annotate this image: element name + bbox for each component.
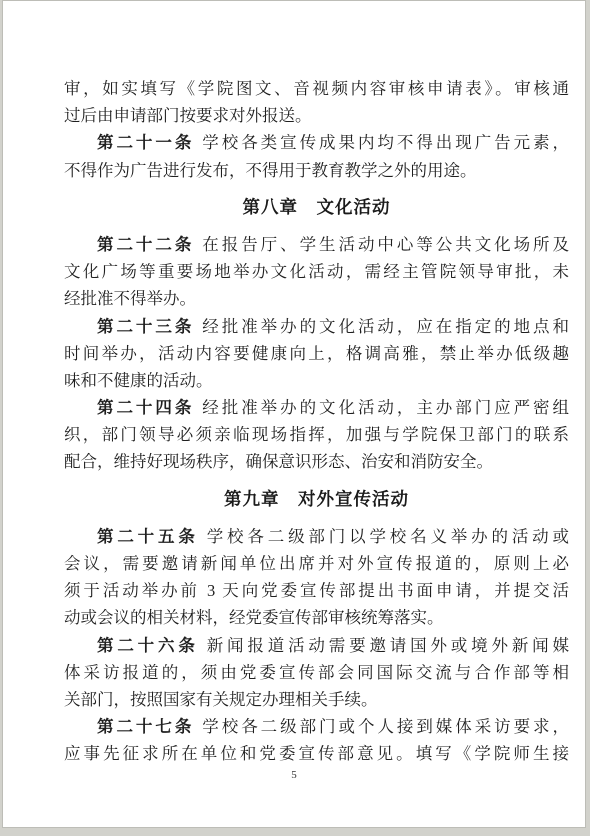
article-text: 在报告厅、学生活动中心等公共文化场所及	[202, 235, 569, 254]
chapter-heading: 第八章 文化活动	[64, 194, 569, 221]
text-line: 应事先征求所在单位和党委宣传部意见。填写《学院师生接	[64, 740, 569, 767]
text-line: 审，如实填写《学院图文、音视频内容审核申请表》。审核通	[64, 75, 569, 102]
text-line: 须于活动举办前 3 天向党委宣传部提出书面申请，并提交活	[64, 577, 569, 604]
article-number: 第二十一条	[97, 133, 194, 152]
text-line: 文化广场等重要场地举办文化活动，需经主管院领导审批，未	[64, 258, 569, 285]
article-text: 新闻报道活动需要邀请国外或境外新闻媒	[207, 636, 569, 655]
text-line: 织，部门领导必须亲临现场指挥，加强与学院保卫部门的联系	[64, 421, 569, 448]
article-text: 学校各二级部门以学校名义举办的活动或	[207, 527, 569, 546]
article-number: 第二十五条	[97, 527, 199, 546]
text-line: 第二十五条学校各二级部门以学校名义举办的活动或	[64, 523, 569, 550]
text-line: 动或会议的相关材料，经党委宣传部审核统筹落实。	[64, 604, 569, 631]
article-number: 第二十六条	[97, 636, 199, 655]
article-number: 第二十四条	[97, 398, 194, 417]
text-line: 体采访报道的，须由党委宣传部会同国际交流与合作部等相	[64, 659, 569, 686]
text-line: 会议，需要邀请新闻单位出席并对外宣传报道的，原则上必	[64, 550, 569, 577]
text-line: 时间举办，活动内容要健康向上，格调高雅，禁止举办低级趣	[64, 340, 569, 367]
article-text: 学校各类宣传成果内均不得出现广告元素，	[202, 133, 569, 152]
text-line: 第二十四条经批准举办的文化活动，主办部门应严密组	[64, 394, 569, 421]
article-number: 第二十七条	[97, 717, 194, 736]
article-text: 经批准举办的文化活动，主办部门应严密组	[202, 398, 569, 417]
text-line: 第二十六条新闻报道活动需要邀请国外或境外新闻媒	[64, 632, 569, 659]
text-line: 第二十三条经批准举办的文化活动，应在指定的地点和	[64, 313, 569, 340]
text-line: 味和不健康的活动。	[64, 367, 569, 394]
page-number: 5	[3, 769, 585, 781]
text-line: 不得作为广告进行发布，不得用于教育教学之外的用途。	[64, 157, 569, 184]
article-number: 第二十三条	[97, 317, 194, 336]
article-text: 经批准举办的文化活动，应在指定的地点和	[202, 317, 569, 336]
chapter-heading: 第九章 对外宣传活动	[64, 486, 569, 513]
text-line: 第二十一条学校各类宣传成果内均不得出现广告元素，	[64, 129, 569, 156]
text-line: 第二十二条在报告厅、学生活动中心等公共文化场所及	[64, 231, 569, 258]
article-text: 学校各二级部门或个人接到媒体采访要求，	[202, 717, 569, 736]
text-line: 经批准不得举办。	[64, 285, 569, 312]
document-content: 审，如实填写《学院图文、音视频内容审核申请表》。审核通过后由申请部门按要求对外报…	[64, 75, 569, 768]
article-number: 第二十二条	[97, 235, 194, 254]
text-line: 配合，维持好现场秩序，确保意识形态、治安和消防安全。	[64, 448, 569, 475]
text-line: 关部门，按照国家有关规定办理相关手续。	[64, 686, 569, 713]
text-line: 过后由申请部门按要求对外报送。	[64, 102, 569, 129]
text-line: 第二十七条学校各二级部门或个人接到媒体采访要求，	[64, 713, 569, 740]
document-page: 审，如实填写《学院图文、音视频内容审核申请表》。审核通过后由申请部门按要求对外报…	[2, 0, 586, 828]
